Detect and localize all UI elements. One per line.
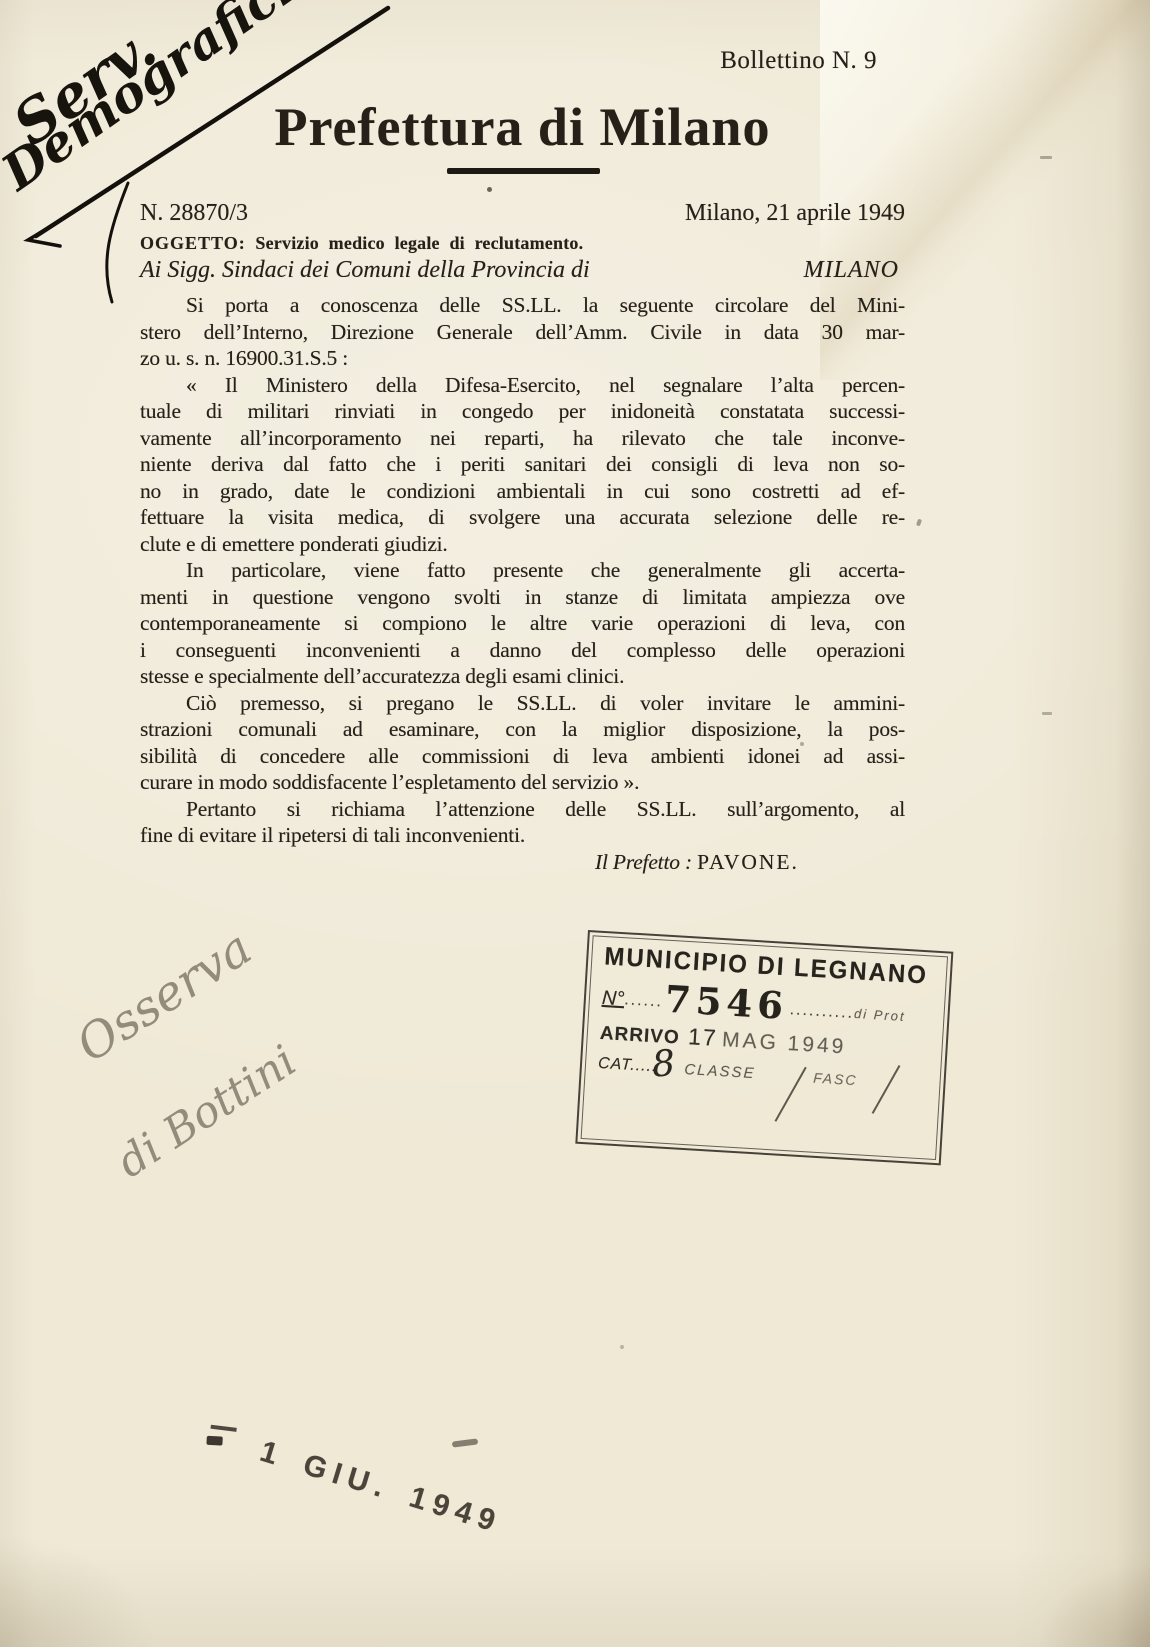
- stamp-number-label: N°: [601, 987, 625, 1011]
- date-stamp-1-giu-1949: 1 GIU. 1949: [203, 1419, 506, 1541]
- paper-speck: [1040, 156, 1052, 159]
- recipients-text: Ai Sigg. Sindaci dei Comuni della Provin…: [140, 257, 590, 284]
- body-line: stero dell’Interno, Direzione Generale d…: [140, 319, 905, 346]
- body-line: niente deriva dal fatto che i periti san…: [140, 451, 905, 478]
- body-line: « Il Ministero della Difesa-Esercito, ne…: [140, 372, 905, 399]
- paper-speck: [620, 1345, 624, 1349]
- stamp-category-label: CAT.....: [598, 1055, 659, 1077]
- ink-dash-artifact: [452, 1438, 479, 1447]
- bulletin-number: Bollettino N. 9: [720, 47, 877, 75]
- stamp-dotted-leader: ......: [624, 991, 664, 1013]
- signature-role: Il Prefetto :: [595, 850, 697, 874]
- body-line: tuale di militari rinviati in congedo pe…: [140, 398, 905, 425]
- protocol-date-row: N. 28870/3 Milano, 21 aprile 1949: [140, 200, 905, 227]
- stamp-protocol-number: 7546: [664, 984, 789, 1021]
- body-line: vamente all’incorporamento nei reparti, …: [140, 425, 905, 452]
- signature-name: PAVONE.: [697, 850, 799, 874]
- body-line: strazioni comunali ad esaminare, con la …: [140, 716, 905, 743]
- body-line: stesse e specialmente dell’accuratezza d…: [140, 663, 905, 690]
- body-line: sibilità di concedere alle commissioni d…: [140, 743, 905, 770]
- place-and-date: Milano, 21 aprile 1949: [685, 200, 905, 227]
- stamp-class-label: CLASSE: [684, 1061, 756, 1082]
- municipality-arrival-stamp: MUNICIPIO DI LEGNANO N° ...... 7546 ....…: [575, 930, 953, 1165]
- date-stamp-dash-marks: [205, 1421, 245, 1456]
- subject-text: Servizio medico legale di reclutamento.: [255, 233, 583, 253]
- body-line: i conseguenti inconvenienti a danno del …: [140, 637, 905, 664]
- paper-speck: [800, 742, 804, 746]
- subject-line: OGGETTO: Servizio medico legale di reclu…: [140, 233, 583, 254]
- body-line: fine di evitare il ripetersi di tali inc…: [140, 822, 905, 849]
- stamp-inner-border: MUNICIPIO DI LEGNANO N° ...... 7546 ....…: [581, 935, 948, 1160]
- stamp-category-value-handwritten: 8: [651, 1054, 675, 1076]
- letter-body: Si porta a conoscenza delle SS.LL. la se…: [140, 292, 905, 875]
- body-line: zo u. s. n. 16900.31.S.5 :: [140, 345, 905, 372]
- body-line: contemporaneamente si compiono le altre …: [140, 610, 905, 637]
- subject-label: OGGETTO:: [140, 233, 246, 253]
- paper-speck: [487, 187, 492, 192]
- paper-speck: [916, 519, 922, 527]
- letterhead-title: Prefettura di Milano: [140, 96, 905, 158]
- recipients-line: Ai Sigg. Sindaci dei Comuni della Provin…: [140, 257, 905, 284]
- body-line: clute e di emettere ponderati giudizi.: [140, 531, 905, 558]
- pencil-note-line1: Osserva: [67, 920, 262, 1074]
- body-line: Si porta a conoscenza delle SS.LL. la se…: [140, 292, 905, 319]
- recipients-province: MILANO: [804, 257, 899, 284]
- title-underline-rule: [447, 168, 600, 174]
- stamp-dotted-leader2: ..........: [789, 1001, 855, 1025]
- paper-shadow-bottom-left: [0, 1487, 220, 1647]
- pencil-note-line2: di Bottini: [108, 1036, 305, 1188]
- stamp-number-suffix: di Prot: [853, 1006, 906, 1028]
- stamp-file-label: FASC: [813, 1070, 858, 1089]
- protocol-number: N. 28870/3: [140, 200, 248, 227]
- body-line: menti in questione vengono svolti in sta…: [140, 584, 905, 611]
- date-stamp-text: 1 GIU. 1949: [256, 1435, 505, 1540]
- scanned-letter-page: Serv. Demografici Bollettino N. 9 Prefet…: [0, 0, 1150, 1647]
- body-line: curare in modo soddisfacente l’espletame…: [140, 769, 905, 796]
- body-line: fettuare la visita medica, di svolgere u…: [140, 504, 905, 531]
- body-line: Ciò premesso, si pregano le SS.LL. di vo…: [140, 690, 905, 717]
- paper-speck: [1042, 712, 1052, 715]
- paper-shadow-bottom-right: [990, 1527, 1150, 1647]
- body-line: Pertanto si richiama l’attenzione delle …: [140, 796, 905, 823]
- body-line: In particolare, viene fatto presente che…: [140, 557, 905, 584]
- stamp-arrival-day: 17: [687, 1023, 718, 1051]
- stamp-arrival-month-year: MAG 1949: [721, 1028, 847, 1058]
- body-line: no in grado, date le condizioni ambienta…: [140, 478, 905, 505]
- signature-line: Il Prefetto : PAVONE.: [140, 849, 905, 876]
